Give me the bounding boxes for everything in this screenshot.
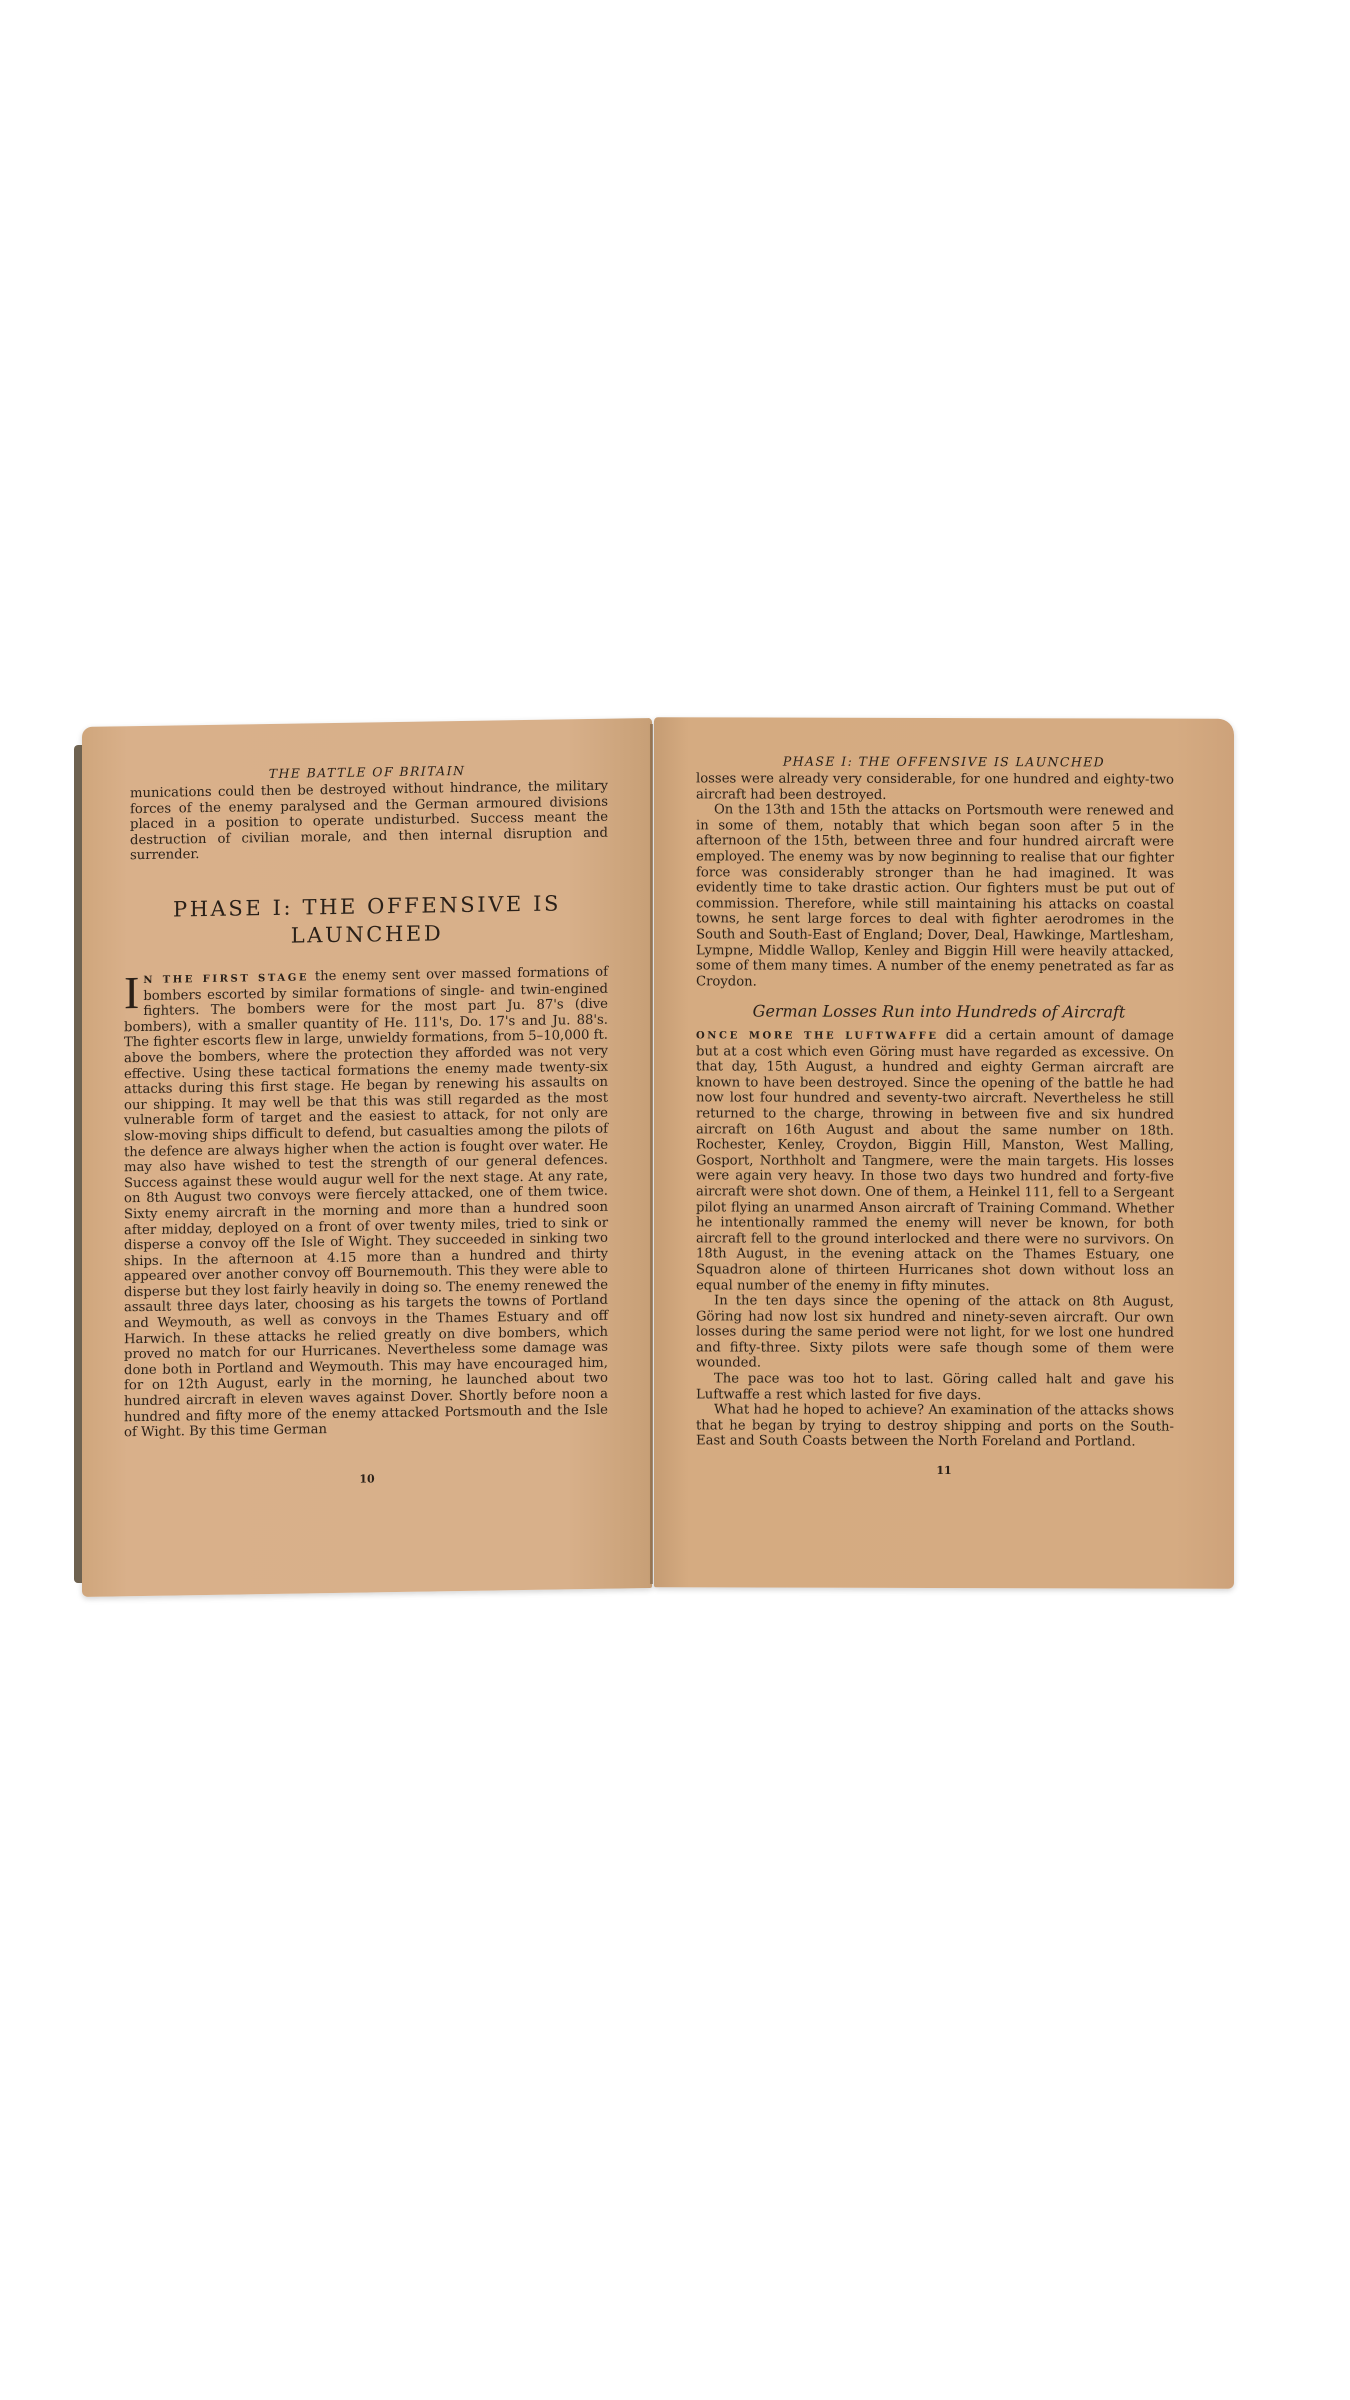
section-lead-smallcaps: ONCE MORE THE LUFTWAFFE	[696, 1030, 939, 1042]
right-body-section: ONCE MORE THE LUFTWAFFE did a certain am…	[696, 1027, 1174, 1450]
chapter-body: IN THE FIRST STAGE the enemy sent over m…	[124, 965, 608, 1441]
page-number-left: 10	[82, 1468, 652, 1490]
section-paragraph-3: The pace was too hot to last. Göring cal…	[696, 1371, 1174, 1403]
open-book: THE BATTLE OF BRITAIN munications could …	[82, 718, 1234, 1588]
right-page: PHASE I: THE OFFENSIVE IS LAUNCHED losse…	[654, 717, 1234, 1589]
running-head-right: PHASE I: THE OFFENSIVE IS LAUNCHED	[654, 753, 1234, 770]
section-paragraph-4: What had he hoped to achieve? An examina…	[696, 1403, 1174, 1451]
left-page: THE BATTLE OF BRITAIN munications could …	[82, 718, 652, 1597]
section-paragraph-2: In the ten days since the opening of the…	[696, 1293, 1174, 1372]
chapter-paragraph: the enemy sent over massed formations of…	[124, 965, 608, 1441]
paragraph-2: On the 13th and 15th the attacks on Port…	[696, 803, 1174, 991]
lead-in-smallcaps: N THE FIRST STAGE	[143, 972, 309, 986]
section-paragraph-1: did a certain amount of damage but at a …	[696, 1028, 1174, 1294]
paragraph-1: losses were already very considerable, f…	[696, 771, 1174, 803]
continuation-paragraph: munications could then be destroyed with…	[130, 779, 608, 864]
section-subheading: German Losses Run into Hundreds of Aircr…	[684, 1001, 1194, 1021]
drop-cap: I	[124, 974, 139, 1012]
right-body-top: losses were already very considerable, f…	[696, 771, 1174, 991]
continuation-text: munications could then be destroyed with…	[130, 779, 608, 864]
book-spine	[650, 724, 653, 1584]
chapter-title: PHASE I: THE OFFENSIVE IS LAUNCHED	[112, 888, 622, 952]
page-number-right: 11	[654, 1463, 1234, 1478]
